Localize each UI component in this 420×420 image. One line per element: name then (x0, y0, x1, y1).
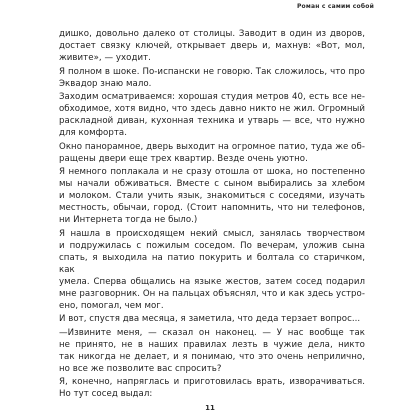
text-line: раскладной диван, кухонная техника и утв… (59, 115, 365, 127)
text-line: мы начали обживаться. Вместе с сыном выб… (59, 178, 365, 190)
text-line: спать, я выходила на патио покурить и бо… (59, 252, 365, 276)
text-line: живите», — уходит. (59, 52, 365, 64)
text-line: для комфорта. (59, 127, 365, 139)
paragraph: —Извините меня, — сказал он наконец. — У… (59, 327, 365, 375)
text-line: ни Интернета тогда не было.) (59, 214, 365, 226)
text-line: И вот, спустя два месяца, я заметила, чт… (59, 313, 365, 325)
book-page: Роман с самим собой дишко, довольно дале… (0, 0, 420, 420)
text-line: достает связку ключей, открывает дверь и… (59, 40, 365, 52)
text-line: ено, помогал, чем мог. (59, 300, 365, 312)
paragraph: Заходим осматриваемся: хорошая студия ме… (59, 91, 365, 139)
text-line: Я полном в шоке. По-испански не говорю. … (59, 66, 365, 78)
text-line: мне разговорник. Он на пальцах объяснял,… (59, 288, 365, 300)
text-line: Но тут сосед выдал: (59, 388, 365, 400)
running-header: Роман с самим собой (297, 3, 374, 10)
paragraph: Я полном в шоке. По-испански не говорю. … (59, 66, 365, 90)
text-line: Эквадор знаю мало. (59, 78, 365, 90)
paragraph: И вот, спустя два месяца, я заметила, чт… (59, 313, 365, 325)
text-line: обходимое, хотя видно, что здесь давно н… (59, 103, 365, 115)
text-line: умела. Сперва общались на языке жестов, … (59, 276, 365, 288)
text-line: местность, обычаи, город. (Стоит напомни… (59, 202, 365, 214)
page-number: 11 (0, 404, 420, 412)
text-line: не принято, не в наших правилах лезть в … (59, 339, 365, 351)
paragraph: Я нашла в происходящем некий смысл, заня… (59, 228, 365, 312)
text-line: но все же позволите вас спросить? (59, 363, 365, 375)
text-line: Я, конечно, напряглась и приготовилась в… (59, 376, 365, 388)
body-text: дишко, довольно далеко от столицы. Завод… (59, 28, 365, 402)
paragraph: Я, конечно, напряглась и приготовилась в… (59, 376, 365, 400)
text-line: и подружилась с пожилым соседом. По вече… (59, 240, 365, 252)
text-line: Я нашла в происходящем некий смысл, заня… (59, 228, 365, 240)
text-line: Я немного поплакала и не сразу отошла от… (59, 166, 365, 178)
text-line: —Извините меня, — сказал он наконец. — У… (59, 327, 365, 339)
paragraph: Окно панорамное, дверь выходит на огромн… (59, 141, 365, 165)
paragraph: дишко, довольно далеко от столицы. Завод… (59, 28, 365, 64)
text-line: Окно панорамное, дверь выходит на огромн… (59, 141, 365, 153)
paragraph: Я немного поплакала и не сразу отошла от… (59, 166, 365, 226)
text-line: Заходим осматриваемся: хорошая студия ме… (59, 91, 365, 103)
text-line: ращены двери еще трех квартир. Везде оче… (59, 153, 365, 165)
text-line: дишко, довольно далеко от столицы. Завод… (59, 28, 365, 40)
text-line: так никогда не делает, и я понимаю, что … (59, 351, 365, 363)
text-line: и молоком. Стали учить язык, знакомиться… (59, 190, 365, 202)
